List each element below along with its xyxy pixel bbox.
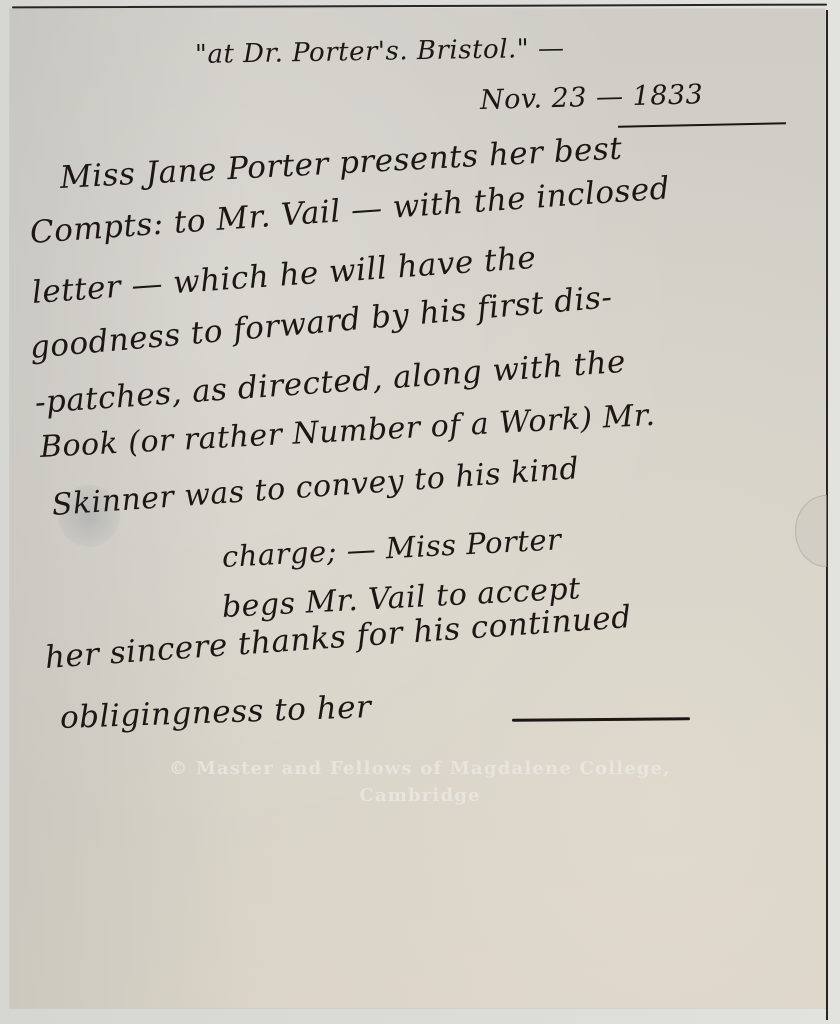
- letter-line-8: charge; — Miss Porter: [221, 522, 562, 574]
- letter-date: Nov. 23 — 1833: [480, 79, 704, 116]
- copyright-watermark-line-2: Cambridge: [0, 785, 840, 806]
- letter-line-11: obligingness to her: [59, 689, 372, 736]
- letter-line-7: Skinner was to convey to his kind: [51, 451, 581, 523]
- letter-handwriting: "at Dr. Porter's. Bristol." — Nov. 23 — …: [0, 0, 840, 1024]
- copyright-watermark-line-1: © Master and Fellows of Magdalene Colleg…: [0, 758, 840, 779]
- letter-place-heading: "at Dr. Porter's. Bristol." —: [195, 34, 565, 70]
- closing-flourish: [512, 717, 690, 722]
- date-underline: [618, 122, 786, 128]
